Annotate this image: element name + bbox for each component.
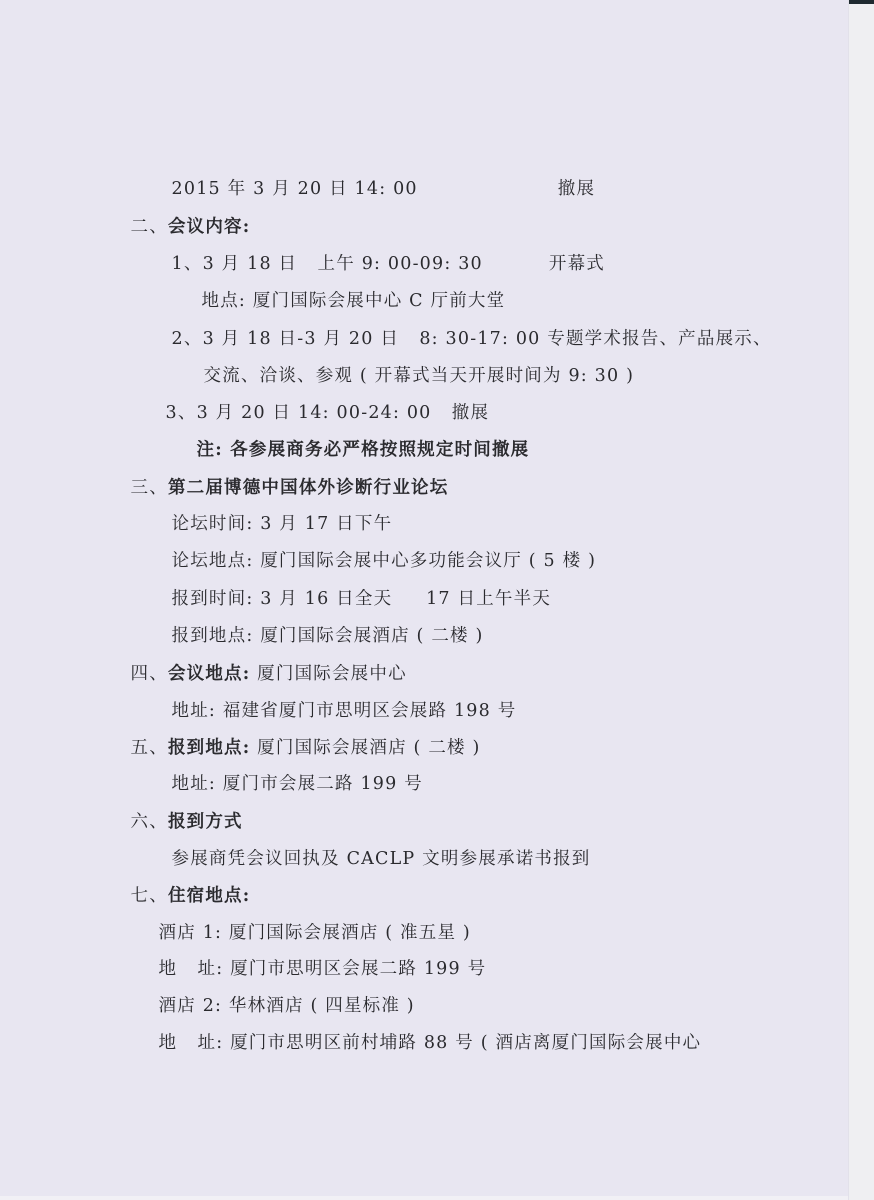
line-tail: 撤展	[558, 179, 595, 199]
page-bottom-edge	[0, 1196, 848, 1200]
scanner-edge-strip	[848, 0, 874, 1200]
line-text: 地 址: 厦门市思明区前村埔路 88 号 ( 酒店离厦门国际会展中心	[159, 1033, 702, 1053]
corner-scan-mark	[849, 0, 874, 4]
hotel-2-address: 地 址: 厦门市思明区前村埔路 88 号 ( 酒店离厦门国际会展中心	[145, 1010, 701, 1054]
line-tail: 开幕式	[549, 254, 605, 274]
